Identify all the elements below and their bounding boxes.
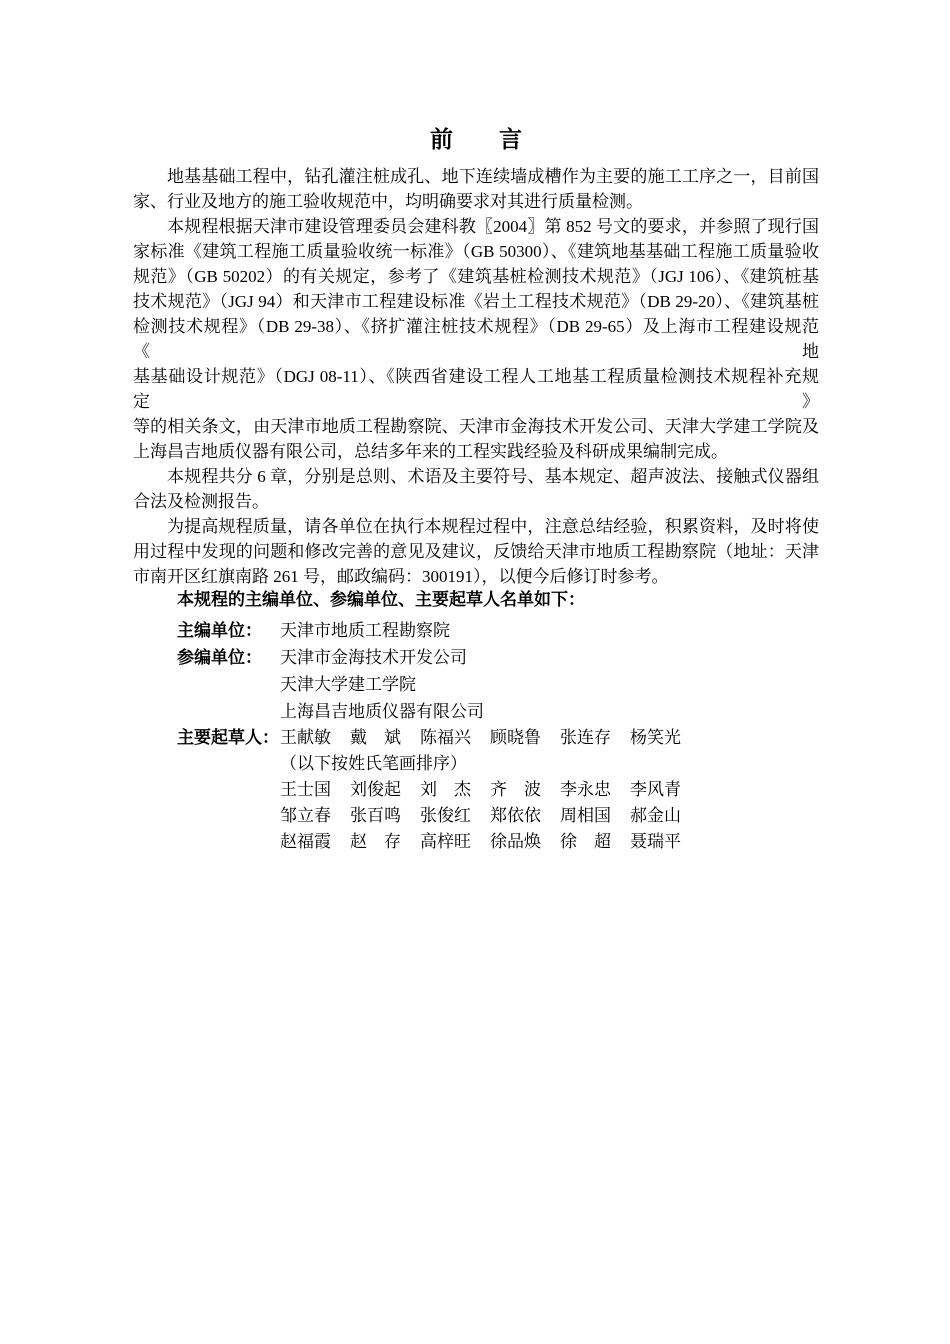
drafter-name: 李风青: [630, 777, 681, 803]
chief-editor-label: 主编单位：: [177, 617, 280, 644]
drafter-name: 刘 杰: [420, 777, 471, 803]
credits-row: 天津大学建工学院: [133, 671, 863, 698]
drafter-name: 邹立春: [280, 803, 331, 829]
drafter-name: 王献敏: [280, 725, 331, 751]
drafter-name: 顾晓鲁: [490, 725, 541, 751]
credits-row: 主要起草人：王献敏戴 斌陈福兴顾晓鲁张连存杨笑光: [133, 725, 863, 751]
document-page: 前 言 地基基础工程中，钻孔灌注桩成孔、地下连续墙成槽作为主要的施工工序之一，目…: [0, 0, 950, 1344]
paragraph-line: 本规程根据天津市建设管理委员会建科教〖2004〗第 852 号文的要求，并参照了…: [133, 214, 819, 239]
drafter-names-row: 王献敏戴 斌陈福兴顾晓鲁张连存杨笑光: [280, 725, 681, 751]
paragraph-line: 上海昌吉地质仪器有限公司，总结多年来的工程实践经验及科研成果编制完成。: [133, 439, 819, 464]
paragraph: 地基基础工程中，钻孔灌注桩成孔、地下连续墙成槽作为主要的施工工序之一，目前国家、…: [133, 164, 819, 214]
drafter-name: 戴 斌: [350, 725, 401, 751]
paragraph-line: 为提高规程质量，请各单位在执行本规程过程中，注意总结经验，积累资料，及时将使: [133, 514, 819, 539]
drafter-name: 周相国: [560, 803, 611, 829]
paragraph-line: 规范》（GB 50202）的有关规定，参考了《建筑基桩检测技术规范》（JGJ 1…: [133, 264, 819, 289]
paragraph: 本规程根据天津市建设管理委员会建科教〖2004〗第 852 号文的要求，并参照了…: [133, 214, 819, 464]
credits-row: 邹立春张百鸣张俊红郑依依周相国郝金山: [133, 803, 863, 829]
drafter-name: 刘俊起: [350, 777, 401, 803]
drafter-name: 杨笑光: [630, 725, 681, 751]
chief-editor-unit: 天津市地质工程勘察院: [280, 617, 450, 644]
credits-row: 赵福霞赵 存高梓旺徐品焕徐 超聂瑞平: [133, 829, 863, 855]
drafter-names-row: 邹立春张百鸣张俊红郑依依周相国郝金山: [280, 803, 681, 829]
credits-row: 主编单位：天津市地质工程勘察院: [133, 617, 863, 644]
drafter-name: 张俊红: [420, 803, 471, 829]
drafter-name: 赵 存: [350, 829, 401, 855]
paragraph: 本规程共分 6 章，分别是总则、术语及主要符号、基本规定、超声波法、接触式仪器组…: [133, 464, 819, 514]
participant-unit: 天津市金海技术开发公司: [280, 644, 467, 671]
drafter-name: 徐 超: [560, 829, 611, 855]
drafters-label: 主要起草人：: [177, 725, 280, 751]
drafter-name: 赵福霞: [280, 829, 331, 855]
drafter-name: 李永忠: [560, 777, 611, 803]
paragraph-line: 本规程共分 6 章，分别是总则、术语及主要符号、基本规定、超声波法、接触式仪器组: [133, 464, 819, 489]
drafter-name: 王士国: [280, 777, 331, 803]
paragraph-line: 地基基础工程中，钻孔灌注桩成孔、地下连续墙成槽作为主要的施工工序之一，目前国: [133, 164, 819, 189]
paragraph-line: 合法及检测报告。: [133, 489, 819, 514]
credits-section: 本规程的主编单位、参编单位、主要起草人名单如下： 主编单位：天津市地质工程勘察院…: [133, 586, 863, 855]
drafter-names-row: 赵福霞赵 存高梓旺徐品焕徐 超聂瑞平: [280, 829, 681, 855]
paragraph-line: 家标准《建筑工程施工质量验收统一标准》（GB 50300）、《建筑地基基础工程施…: [133, 239, 819, 264]
paragraph-line: 技术规范》（JGJ 94）和天津市工程建设标准《岩土工程技术规范》（DB 29-…: [133, 289, 819, 314]
drafter-name: 齐 波: [490, 777, 541, 803]
credits-rows: 主编单位：天津市地质工程勘察院参编单位：天津市金海技术开发公司天津大学建工学院上…: [133, 617, 863, 855]
credits-row: 参编单位：天津市金海技术开发公司: [133, 644, 863, 671]
drafter-name: 张连存: [560, 725, 611, 751]
participant-unit: 上海昌吉地质仪器有限公司: [280, 698, 484, 725]
paragraph-line: 用过程中发现的问题和修改完善的意见及建议，反馈给天津市地质工程勘察院（地址：天津: [133, 539, 819, 564]
drafter-names-row: 王士国刘俊起刘 杰齐 波李永忠李风青: [280, 777, 681, 803]
drafter-name: 聂瑞平: [630, 829, 681, 855]
credits-row: 上海昌吉地质仪器有限公司: [133, 698, 863, 725]
page-title: 前 言: [133, 122, 819, 156]
paragraph: 为提高规程质量，请各单位在执行本规程过程中，注意总结经验，积累资料，及时将使用过…: [133, 514, 819, 589]
participant-unit: 天津大学建工学院: [280, 671, 416, 698]
drafter-name: 郑依依: [490, 803, 541, 829]
drafter-name: 张百鸣: [350, 803, 401, 829]
drafter-name: 徐品焕: [490, 829, 541, 855]
paragraph-line: 检测技术规程》（DB 29-38）、《挤扩灌注桩技术规程》（DB 29-65）及…: [133, 314, 819, 364]
drafters-note: （以下按姓氏笔画排序）: [280, 751, 467, 777]
credits-heading: 本规程的主编单位、参编单位、主要起草人名单如下：: [133, 586, 863, 613]
credits-row: 王士国刘俊起刘 杰齐 波李永忠李风青: [133, 777, 863, 803]
paragraph-line: 家、行业及地方的施工验收规范中，均明确要求对其进行质量检测。: [133, 189, 819, 214]
drafter-name: 郝金山: [630, 803, 681, 829]
drafter-name: 陈福兴: [420, 725, 471, 751]
participants-label: 参编单位：: [177, 644, 280, 671]
paragraph-line: 基基础设计规范》（DGJ 08-11）、《陕西省建设工程人工地基工程质量检测技术…: [133, 364, 819, 414]
paragraph-line: 等的相关条文，由天津市地质工程勘察院、天津市金海技术开发公司、天津大学建工学院及: [133, 414, 819, 439]
preface-body: 地基基础工程中，钻孔灌注桩成孔、地下连续墙成槽作为主要的施工工序之一，目前国家、…: [133, 164, 819, 589]
drafter-name: 高梓旺: [420, 829, 471, 855]
credits-row: （以下按姓氏笔画排序）: [133, 751, 863, 777]
